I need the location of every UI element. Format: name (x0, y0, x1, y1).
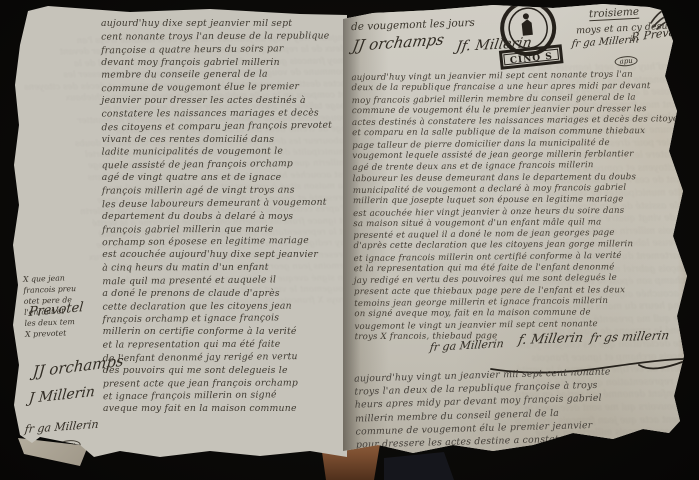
manuscript-scan: aujourd'huy vingt un jeanvier mil sept c… (0, 0, 699, 480)
signature-fr-gs-millerin-mid: fr gs millerin (589, 328, 670, 345)
signature-orchamps-right-top: JJ orchamps (351, 30, 446, 55)
left-page: aujourd'huy vingt un jeanvier mil sept c… (10, 5, 347, 462)
manuscript-line: agé de vingt quatre ans et de ignace (102, 172, 333, 185)
manuscript-line: des citoyens et comparu jean françois pr… (101, 119, 332, 134)
left-page-text: aujourd'huy dixe sept jeanvier mil septc… (101, 17, 334, 416)
manuscript-line: et la representation qui ma été faite de… (354, 262, 691, 276)
header-line-left: de vougemont les jours (351, 17, 475, 33)
manuscript-line: departement du doubs à delaré à moys (102, 211, 333, 224)
manuscript-line: male quil ma presenté et auquele il (102, 274, 333, 289)
page-number-word: troisieme (589, 6, 640, 22)
signature-f-millerin-mid: f. Millerin (517, 331, 584, 348)
manuscript-line: devant moy françois gabriel millerin (101, 57, 332, 70)
manuscript-line: aveque moy fait en la maison commune (103, 403, 334, 416)
right-page-act1-text: aujourd'huy vingt un jeanvier mil sept c… (351, 69, 691, 344)
manuscript-line: X prevotet (25, 327, 78, 340)
signature-fr-ga-millerin-right-top: fr ga Millerin (571, 34, 639, 50)
manuscript-line: jeanvier pour dresser les actes destinés… (101, 95, 332, 108)
manuscript-line: vivant de ces rentes domicilié dans (102, 134, 333, 147)
stamp-figure (521, 19, 533, 36)
signature-paraph-apu-right: apu (614, 55, 638, 67)
manuscript-line: est acouchée aujourd'huy dixe sept jeanv… (102, 249, 333, 262)
manuscript-line: les deuse laboureurs demeurant à vougemo… (102, 197, 333, 212)
manuscript-line: sa maison situé à vougemont d'un enfant … (353, 217, 690, 231)
spine-cover-fragment (384, 452, 454, 480)
signature-fr-ga-millerin-left: fr ga Millerin (24, 418, 99, 436)
manuscript-line: des pouvoirs qui me sont delegueis le (103, 365, 334, 378)
right-page: aujourd'huy dixe sept jeanvier mil septc… (343, 1, 695, 457)
manuscript-line: françoise a quatre heurs du soirs par (101, 42, 332, 57)
corner-paraph (647, 1, 691, 31)
manuscript-line: laboureur les deuse demeurant dans le de… (353, 171, 690, 185)
manuscript-line: commune de vougemont élu le premier jean… (352, 104, 689, 118)
manuscript-line: present acte que thiebaux page pere de l… (354, 284, 691, 298)
manuscript-line: aujourd'huy dixe sept jeanvier mil sept (101, 18, 332, 31)
manuscript-line: millerin on certifie conforme à la verit… (103, 326, 334, 339)
manuscript-line: a doné le prenons de claude d'après (102, 288, 333, 301)
right-page-act2-text: aujourd'huy vingt un jeanvier mil sept c… (354, 365, 613, 451)
manuscript-line: de l'enfant denonmé jay rerigé en vertu (103, 351, 334, 366)
signature-millerin-left: J Millerin (28, 384, 96, 407)
